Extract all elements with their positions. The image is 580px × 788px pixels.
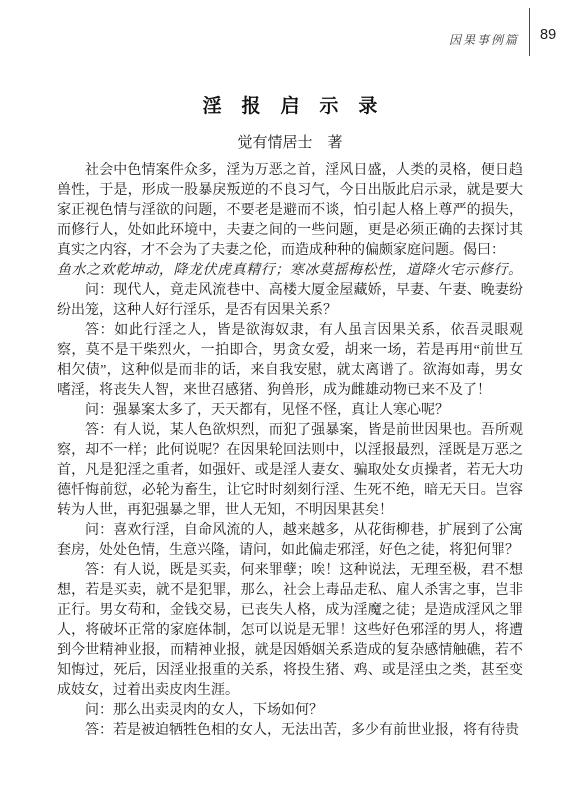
header-divider [529,8,530,56]
article-title: 淫报启示录 [0,91,580,118]
book-page: 因果事例篇 89 淫报启示录 觉有情居士 著 社会中色情案件众多，淫为万恶之首，… [0,0,580,788]
body-paragraph: 问：现代人，竟走风流巷中、高楼大厦金屋藏娇，早妻、午妻、晚妻纷纷出笼，这种人好行… [57,281,523,321]
article-author: 觉有情居士 著 [0,131,580,152]
body-paragraph: 问：强暴案太多了，天天都有，见怪不怪，真让人寒心呢？ [57,401,523,421]
body-paragraph: 答：有人说，某人色欲炽烈，而犯了强暴案，皆是前世因果也。吾所观察，却不一样；此何… [57,421,523,521]
body-paragraph: 答：有人说，既是买卖，何来罪孽；唉！这种说法，无理至极，君不想想，若是买卖，就不… [57,561,523,701]
body-paragraph: 社会中色情案件众多，淫为万恶之首，淫风日盛，人类的灵格，便日趋兽性，于是，形成一… [57,161,523,261]
body-paragraph: 答：如此行淫之人，皆是欲海奴隶，有人虽言因果关系，依吾灵眼观察，莫不是干柴烈火，… [57,321,523,401]
body-paragraph: 答：若是被迫牺牲色相的女人，无法出苦，多少有前世业报，将有待贵 [57,721,523,741]
section-label: 因果事例篇 [449,31,519,48]
article-body: 社会中色情案件众多，淫为万恶之首，淫风日盛，人类的灵格，便日趋兽性，于是，形成一… [57,161,523,741]
page-number: 89 [540,27,556,43]
body-paragraph: 问：那么出卖灵肉的女人，下场如何？ [57,701,523,721]
verse-line: 鱼水之欢乾坤动，降龙伏虎真精行；寒冰莫摇梅松性，道降火宅示修行。 [57,261,523,281]
body-paragraph: 问：喜欢行淫，自命风流的人，越来越多，从花街柳巷，扩展到了公寓套房，处处色情，生… [57,521,523,561]
